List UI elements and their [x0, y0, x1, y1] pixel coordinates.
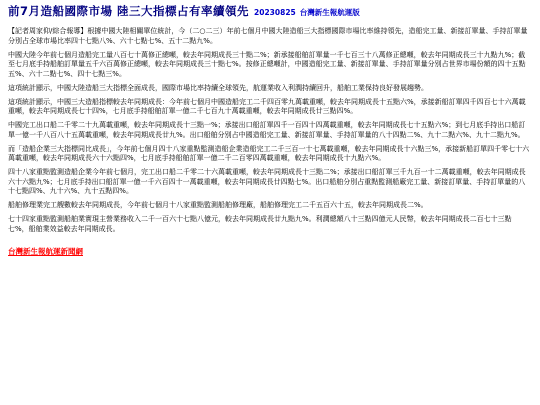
paragraph-monitored-exports: 四十八家重點監測造船企業今年前七個月，完工出口船二千零二十六萬載重噸，較去年同期… — [8, 168, 532, 197]
paragraph-market-lead: 這項統計顯示，中國大陸造船三大指標全面成長，國際市場比率持續全球領先，航運業收入… — [8, 84, 532, 94]
paragraph-dwt-stats: 這項統計顯示，中國三大造船指標較去年同期成長：今年前七個月中國造船完工二千四百零… — [8, 98, 532, 117]
article-source: 台灣新生報航運版 — [300, 8, 360, 17]
article-date: 20230825 — [254, 8, 296, 17]
paragraph-revenue: 七十四家重點監測船舶業實現主營業務收入二千一百六十七點八億元，較去年同期成長廿九… — [8, 215, 532, 234]
article-title: 前7月造船國際市場 陸三大指標占有率續領先 — [8, 4, 249, 18]
paragraph-ship-repair: 船舶修理業完工艘數較去年同期成長，今年前七個月十八家重點監測船舶修理廠，船舶修理… — [8, 201, 532, 211]
paragraph-monitored-yards: 而「造船企業三大指標同比成長」，今年前七個月四十八家重點監測造船企業造船完工二千… — [8, 145, 532, 164]
paragraph-export-ships: 中國完工出口船二千零二十九萬載重噸，較去年同期成長十三點一%；承接出口船訂單四千… — [8, 121, 532, 140]
paragraph-cgt-stats: 中國大陸今年前七個月造船完工量八百七十萬修正總噸，較去年同期成長三十點二%；新承… — [8, 51, 532, 80]
paragraph-lead: 【記者周家仰/綜合報導】根據中國大陸相關單位統計，今（二○二三）年前七個月中國大… — [8, 27, 532, 46]
news-article-page: 前7月造船國際市場 陸三大指標占有率續領先20230825台灣新生報航運版 【記… — [0, 0, 540, 258]
shipping-news-site-link[interactable]: 台灣新生報航運新聞網 — [8, 246, 83, 257]
article-headline: 前7月造船國際市場 陸三大指標占有率續領先20230825台灣新生報航運版 — [8, 3, 532, 20]
article-meta: 20230825台灣新生報航運版 — [254, 8, 360, 17]
